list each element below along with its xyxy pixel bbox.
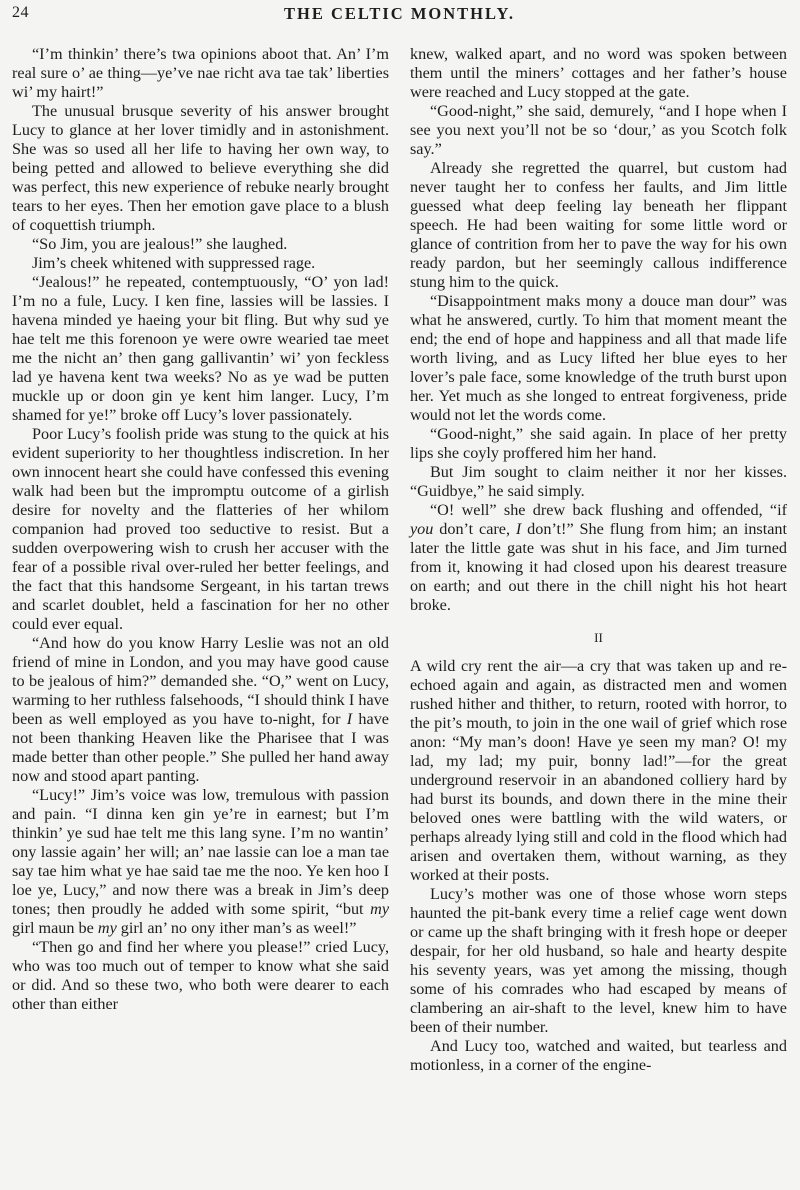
running-title: THE CELTIC MONTHLY. [12, 4, 787, 24]
text-run: “Lucy!” Jim’s voice was low, tremulous w… [12, 786, 389, 918]
paragraph: “Jealous!” he repeated, contemptuously, … [12, 273, 389, 425]
text-run: “Good-night,” she said again. In place o… [410, 425, 787, 462]
emphasis-text: my [98, 919, 117, 937]
right-column-part-2: A wild cry rent the air—a cry that was t… [410, 657, 787, 1075]
paragraph: knew, walked apart, and no word was spok… [410, 45, 787, 102]
text-run: Lucy’s mother was one of those whose wor… [410, 885, 787, 1036]
paragraph: Jim’s cheek whitened with suppressed rag… [12, 254, 389, 273]
right-column-part-1: knew, walked apart, and no word was spok… [410, 45, 787, 615]
text-run: “So Jim, you are jealous!” she laughed. [32, 235, 287, 253]
text-run: A wild cry rent the air—a cry that was t… [410, 657, 787, 884]
text-run: Poor Lucy’s foolish pride was stung to t… [12, 425, 389, 633]
paragraph: “So Jim, you are jealous!” she laughed. [12, 235, 389, 254]
text-run: The unusual brusque severity of his answ… [12, 102, 389, 234]
text-run: “Disappointment maks mony a douce man do… [410, 292, 787, 424]
text-run: don’t care, [433, 520, 516, 538]
paragraph: “I’m thinkin’ there’s twa opinions aboot… [12, 45, 389, 102]
text-run: girl maun be [12, 919, 98, 937]
text-run: But Jim sought to claim neither it nor h… [410, 463, 787, 500]
text-run: Already she regretted the quarrel, but c… [410, 159, 787, 291]
paragraph: The unusual brusque severity of his answ… [12, 102, 389, 235]
paragraph: Already she regretted the quarrel, but c… [410, 159, 787, 292]
emphasis-text: my [370, 900, 389, 918]
text-run: “Then go and find her where you please!”… [12, 938, 389, 1013]
paragraph: “And how do you know Harry Leslie was no… [12, 634, 389, 786]
text-run: Jim’s cheek whitened with suppressed rag… [32, 254, 315, 272]
section-number: II [410, 631, 787, 645]
text-run: “O! well” she drew back flushing and off… [430, 501, 787, 519]
text-run: And Lucy too, watched and waited, but te… [410, 1037, 787, 1074]
paragraph: “Then go and find her where you please!”… [12, 938, 389, 1014]
text-run: girl an’ no ony ither man’s as weel!” [117, 919, 357, 937]
paragraph: “Lucy!” Jim’s voice was low, tremulous w… [12, 786, 389, 938]
paragraph: A wild cry rent the air—a cry that was t… [410, 657, 787, 885]
paragraph: “Disappointment maks mony a douce man do… [410, 292, 787, 425]
text-run: “And how do you know Harry Leslie was no… [12, 634, 389, 728]
text-run: “I’m thinkin’ there’s twa opinions aboot… [12, 45, 389, 101]
text-run: knew, walked apart, and no word was spok… [410, 45, 787, 101]
paragraph: Poor Lucy’s foolish pride was stung to t… [12, 425, 389, 634]
paragraph: Lucy’s mother was one of those whose wor… [410, 885, 787, 1037]
paragraph: “O! well” she drew back flushing and off… [410, 501, 787, 615]
paragraph: And Lucy too, watched and waited, but te… [410, 1037, 787, 1075]
left-column: “I’m thinkin’ there’s twa opinions aboot… [12, 45, 389, 1014]
paragraph: “Good-night,” she said again. In place o… [410, 425, 787, 463]
paragraph: But Jim sought to claim neither it nor h… [410, 463, 787, 501]
page-header: 24 THE CELTIC MONTHLY. [12, 4, 787, 24]
right-column: knew, walked apart, and no word was spok… [410, 45, 787, 1075]
paragraph: “Good-night,” she said, demurely, “and I… [410, 102, 787, 159]
text-run: “Jealous!” he repeated, contemptuously, … [12, 273, 389, 424]
text-run: “Good-night,” she said, demurely, “and I… [410, 102, 787, 158]
emphasis-text: you [410, 520, 433, 538]
